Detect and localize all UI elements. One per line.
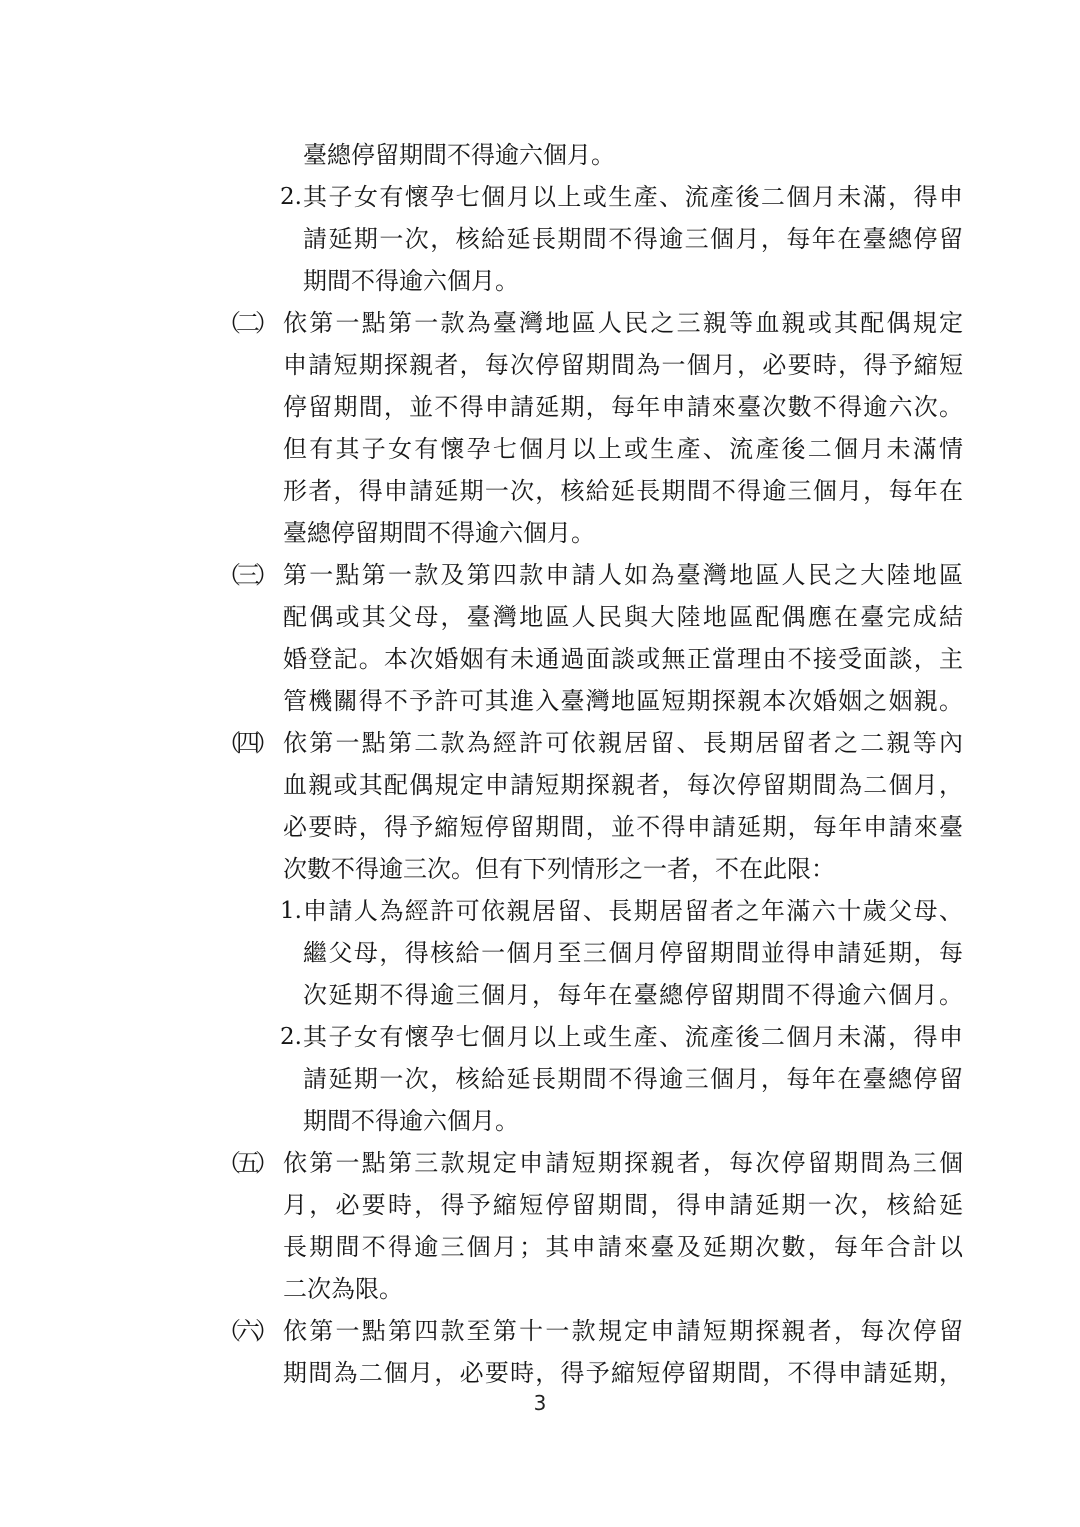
section-marker: （六） (217, 1310, 274, 1352)
text-line: 次延期不得逾三個月，每年在臺總停留期間不得逾六個月。 (0, 974, 1080, 1016)
section-marker: （三） (217, 554, 274, 596)
section-marker: （二） (217, 302, 274, 344)
line-text: 次數不得逾三次。但有下列情形之一者，不在此限： (283, 848, 963, 890)
text-line: 期間不得逾六個月。 (0, 260, 1080, 302)
text-line: （六）依第一點第四款至第十一款規定申請短期探親者，每次停留 (0, 1310, 1080, 1352)
text-line: 婚登記。本次婚姻有未通過面談或無正當理由不接受面談，主 (0, 638, 1080, 680)
line-text: 必要時，得予縮短停留期間，並不得申請延期，每年申請來臺 (283, 806, 963, 848)
text-line: 臺總停留期間不得逾六個月。 (0, 134, 1080, 176)
line-text: 血親或其配偶規定申請短期探親者，每次停留期間為二個月， (283, 764, 963, 806)
line-text: 停留期間，並不得申請延期，每年申請來臺次數不得逾六次。 (283, 386, 963, 428)
line-text: 期間不得逾六個月。 (303, 260, 963, 302)
line-text: 依第一點第二款為經許可依親居留、長期居留者之二親等內 (283, 722, 963, 764)
section-marker: （五） (217, 1142, 274, 1184)
text-line: 期間為二個月，必要時，得予縮短停留期間，不得申請延期， (0, 1352, 1080, 1394)
line-text: 期間不得逾六個月。 (303, 1100, 963, 1142)
text-line: 必要時，得予縮短停留期間，並不得申請延期，每年申請來臺 (0, 806, 1080, 848)
text-line: 申請短期探親者，每次停留期間為一個月，必要時，得予縮短 (0, 344, 1080, 386)
document-page: 臺總停留期間不得逾六個月。2.其子女有懷孕七個月以上或生產、流產後二個月未滿，得… (0, 0, 1080, 1527)
text-line: 月，必要時，得予縮短停留期間，得申請延期一次，核給延 (0, 1184, 1080, 1226)
text-line: 二次為限。 (0, 1268, 1080, 1310)
line-text: 二次為限。 (283, 1268, 963, 1310)
document-lines: 臺總停留期間不得逾六個月。2.其子女有懷孕七個月以上或生產、流產後二個月未滿，得… (0, 134, 1080, 1394)
line-text: 依第一點第四款至第十一款規定申請短期探親者，每次停留 (283, 1310, 963, 1352)
line-text: 請延期一次，核給延長期間不得逾三個月，每年在臺總停留 (303, 1058, 963, 1100)
item-number: 2. (280, 176, 302, 218)
text-line: 1.申請人為經許可依親居留、長期居留者之年滿六十歲父母、 (0, 890, 1080, 932)
text-line: 臺總停留期間不得逾六個月。 (0, 512, 1080, 554)
line-text: 管機關得不予許可其進入臺灣地區短期探親本次婚姻之姻親。 (283, 680, 963, 722)
text-line: 請延期一次，核給延長期間不得逾三個月，每年在臺總停留 (0, 218, 1080, 260)
text-line: （四）依第一點第二款為經許可依親居留、長期居留者之二親等內 (0, 722, 1080, 764)
line-text: 申請人為經許可依親居留、長期居留者之年滿六十歲父母、 (303, 890, 963, 932)
text-line: （三）第一點第一款及第四款申請人如為臺灣地區人民之大陸地區 (0, 554, 1080, 596)
text-line: 請延期一次，核給延長期間不得逾三個月，每年在臺總停留 (0, 1058, 1080, 1100)
section-marker: （四） (217, 722, 274, 764)
line-text: 依第一點第一款為臺灣地區人民之三親等血親或其配偶規定 (283, 302, 963, 344)
line-text: 依第一點第三款規定申請短期探親者，每次停留期間為三個 (283, 1142, 963, 1184)
line-text: 但有其子女有懷孕七個月以上或生產、流產後二個月未滿情 (283, 428, 963, 470)
text-line: 期間不得逾六個月。 (0, 1100, 1080, 1142)
text-line: 管機關得不予許可其進入臺灣地區短期探親本次婚姻之姻親。 (0, 680, 1080, 722)
line-text: 形者，得申請延期一次，核給延長期間不得逾三個月，每年在 (283, 470, 963, 512)
line-text: 臺總停留期間不得逾六個月。 (283, 512, 963, 554)
text-line: 停留期間，並不得申請延期，每年申請來臺次數不得逾六次。 (0, 386, 1080, 428)
text-line: 次數不得逾三次。但有下列情形之一者，不在此限： (0, 848, 1080, 890)
text-line: 2.其子女有懷孕七個月以上或生產、流產後二個月未滿，得申 (0, 1016, 1080, 1058)
item-number: 1. (280, 890, 302, 932)
line-text: 其子女有懷孕七個月以上或生產、流產後二個月未滿，得申 (303, 1016, 963, 1058)
text-line: 繼父母，得核給一個月至三個月停留期間並得申請延期，每 (0, 932, 1080, 974)
line-text: 其子女有懷孕七個月以上或生產、流產後二個月未滿，得申 (303, 176, 963, 218)
text-line: 長期間不得逾三個月；其申請來臺及延期次數，每年合計以 (0, 1226, 1080, 1268)
text-line: 血親或其配偶規定申請短期探親者，每次停留期間為二個月， (0, 764, 1080, 806)
line-text: 配偶或其父母，臺灣地區人民與大陸地區配偶應在臺完成結 (283, 596, 963, 638)
line-text: 繼父母，得核給一個月至三個月停留期間並得申請延期，每 (303, 932, 963, 974)
text-line: 2.其子女有懷孕七個月以上或生產、流產後二個月未滿，得申 (0, 176, 1080, 218)
text-line: 配偶或其父母，臺灣地區人民與大陸地區配偶應在臺完成結 (0, 596, 1080, 638)
text-line: 形者，得申請延期一次，核給延長期間不得逾三個月，每年在 (0, 470, 1080, 512)
line-text: 第一點第一款及第四款申請人如為臺灣地區人民之大陸地區 (283, 554, 963, 596)
line-text: 長期間不得逾三個月；其申請來臺及延期次數，每年合計以 (283, 1226, 963, 1268)
item-number: 2. (280, 1016, 302, 1058)
text-line: 但有其子女有懷孕七個月以上或生產、流產後二個月未滿情 (0, 428, 1080, 470)
line-text: 期間為二個月，必要時，得予縮短停留期間，不得申請延期， (283, 1352, 963, 1394)
line-text: 次延期不得逾三個月，每年在臺總停留期間不得逾六個月。 (303, 974, 963, 1016)
page-number: 3 (0, 1390, 1080, 1416)
text-line: （五）依第一點第三款規定申請短期探親者，每次停留期間為三個 (0, 1142, 1080, 1184)
line-text: 臺總停留期間不得逾六個月。 (303, 134, 963, 176)
line-text: 月，必要時，得予縮短停留期間，得申請延期一次，核給延 (283, 1184, 963, 1226)
line-text: 申請短期探親者，每次停留期間為一個月，必要時，得予縮短 (283, 344, 963, 386)
line-text: 婚登記。本次婚姻有未通過面談或無正當理由不接受面談，主 (283, 638, 963, 680)
text-line: （二）依第一點第一款為臺灣地區人民之三親等血親或其配偶規定 (0, 302, 1080, 344)
line-text: 請延期一次，核給延長期間不得逾三個月，每年在臺總停留 (303, 218, 963, 260)
